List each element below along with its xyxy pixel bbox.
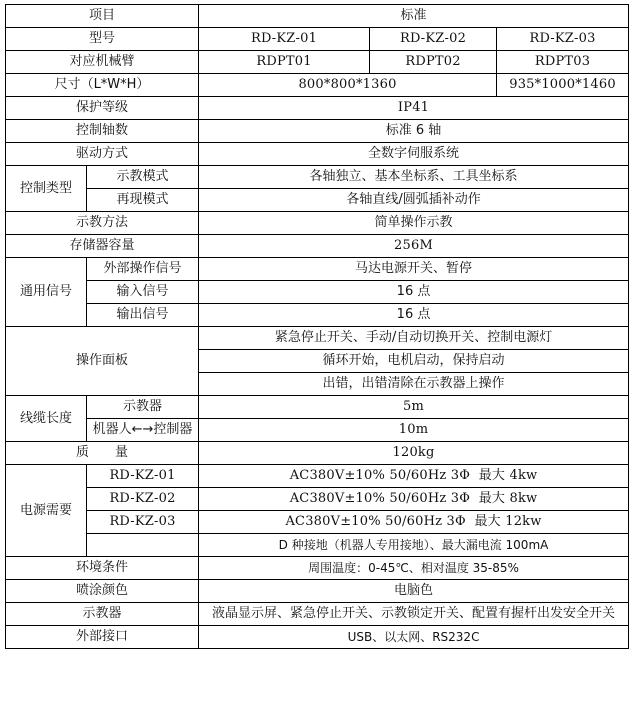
panel-label: 操作面板	[6, 327, 199, 396]
table-row: 操作面板 紧急停止开关、手动/自动切换开关、控制电源灯	[6, 327, 629, 350]
power-value: D 种接地（机器人专用接地）、最大漏电流 100mA	[199, 534, 629, 557]
model-value-2: RD-KZ-02	[370, 28, 497, 51]
panel-line: 出错，出错清除在示教器上操作	[199, 373, 629, 396]
environment-label: 环境条件	[6, 557, 199, 580]
memory-label: 存储器容量	[6, 235, 199, 258]
control-type-sub-label: 示教模式	[87, 166, 199, 189]
general-signal-sub-label: 输出信号	[87, 304, 199, 327]
table-row: 项目 标准	[6, 5, 629, 28]
memory-value: 256M	[199, 235, 629, 258]
axes-label: 控制轴数	[6, 120, 199, 143]
paint-value: 电脑色	[199, 580, 629, 603]
protection-label: 保护等级	[6, 97, 199, 120]
table-row: 输入信号 16 点	[6, 281, 629, 304]
pendant-label: 示教器	[6, 603, 199, 626]
size-label: 尺寸（L*W*H）	[6, 74, 199, 97]
size-value-2: 935*1000*1460	[497, 74, 629, 97]
table-row: 示教方法 简单操作示教	[6, 212, 629, 235]
environment-value: 周围温度：0-45℃、相对温度 35-85%	[199, 557, 629, 580]
table-row: 环境条件 周围温度：0-45℃、相对温度 35-85%	[6, 557, 629, 580]
table-row: 控制轴数 标准 6 轴	[6, 120, 629, 143]
table-row: 存储器容量 256M	[6, 235, 629, 258]
table-row: 电源需要 RD-KZ-01 AC380V±10% 50/60Hz 3Φ 最大 4…	[6, 465, 629, 488]
size-value-1: 800*800*1360	[199, 74, 497, 97]
panel-line: 循环开始，电机启动，保持启动	[199, 350, 629, 373]
interface-label: 外部接口	[6, 626, 199, 649]
header-item: 项目	[6, 5, 199, 28]
model-label: 型号	[6, 28, 199, 51]
power-sub-label: RD-KZ-02	[87, 488, 199, 511]
general-signal-sub-label: 外部操作信号	[87, 258, 199, 281]
arm-value-2: RDPT02	[370, 51, 497, 74]
general-signal-sub-label: 输入信号	[87, 281, 199, 304]
arm-value-1: RDPT01	[199, 51, 370, 74]
interface-value: USB、以太网、RS232C	[199, 626, 629, 649]
table-row: 喷涂颜色 电脑色	[6, 580, 629, 603]
control-type-label: 控制类型	[6, 166, 87, 212]
panel-line: 紧急停止开关、手动/自动切换开关、控制电源灯	[199, 327, 629, 350]
table-row: D 种接地（机器人专用接地）、最大漏电流 100mA	[6, 534, 629, 557]
table-row: 示教器 液晶显示屏、紧急停止开关、示教锁定开关、配置有握杆出发安全开关	[6, 603, 629, 626]
table-row: 输出信号 16 点	[6, 304, 629, 327]
table-row: 尺寸（L*W*H） 800*800*1360 935*1000*1460	[6, 74, 629, 97]
table-row: 外部接口 USB、以太网、RS232C	[6, 626, 629, 649]
cable-value: 5m	[199, 396, 629, 419]
power-value: AC380V±10% 50/60Hz 3Φ 最大 8kw	[199, 488, 629, 511]
table-row: 线缆长度 示教器 5m	[6, 396, 629, 419]
table-row: RD-KZ-02 AC380V±10% 50/60Hz 3Φ 最大 8kw	[6, 488, 629, 511]
control-type-sub-label: 再现模式	[87, 189, 199, 212]
paint-label: 喷涂颜色	[6, 580, 199, 603]
table-row: 机器人←→控制器 10m	[6, 419, 629, 442]
teach-method-value: 简单操作示教	[199, 212, 629, 235]
header-standard: 标准	[199, 5, 629, 28]
table-row: 再现模式 各轴直线/圆弧插补动作	[6, 189, 629, 212]
mass-value: 120kg	[199, 442, 629, 465]
drive-value: 全数字伺服系统	[199, 143, 629, 166]
cable-sub-label: 机器人←→控制器	[87, 419, 199, 442]
table-row: RD-KZ-03 AC380V±10% 50/60Hz 3Φ 最大 12kw	[6, 511, 629, 534]
general-signal-label: 通用信号	[6, 258, 87, 327]
protection-value: IP41	[199, 97, 629, 120]
table-row: 对应机械臂 RDPT01 RDPT02 RDPT03	[6, 51, 629, 74]
teach-method-label: 示教方法	[6, 212, 199, 235]
power-value: AC380V±10% 50/60Hz 3Φ 最大 12kw	[199, 511, 629, 534]
model-value-1: RD-KZ-01	[199, 28, 370, 51]
spec-table: 项目 标准 型号 RD-KZ-01 RD-KZ-02 RD-KZ-03 对应机械…	[5, 4, 629, 649]
cable-value: 10m	[199, 419, 629, 442]
power-label: 电源需要	[6, 465, 87, 557]
table-row: 保护等级 IP41	[6, 97, 629, 120]
cable-label: 线缆长度	[6, 396, 87, 442]
arm-value-3: RDPT03	[497, 51, 629, 74]
table-row: 型号 RD-KZ-01 RD-KZ-02 RD-KZ-03	[6, 28, 629, 51]
pendant-value: 液晶显示屏、紧急停止开关、示教锁定开关、配置有握杆出发安全开关	[199, 603, 629, 626]
control-type-value: 各轴直线/圆弧插补动作	[199, 189, 629, 212]
model-value-3: RD-KZ-03	[497, 28, 629, 51]
power-value: AC380V±10% 50/60Hz 3Φ 最大 4kw	[199, 465, 629, 488]
cable-sub-label: 示教器	[87, 396, 199, 419]
table-row: 驱动方式 全数字伺服系统	[6, 143, 629, 166]
general-signal-value: 16 点	[199, 304, 629, 327]
power-sub-label: RD-KZ-03	[87, 511, 199, 534]
power-sub-label: RD-KZ-01	[87, 465, 199, 488]
axes-value: 标准 6 轴	[199, 120, 629, 143]
general-signal-value: 马达电源开关、暂停	[199, 258, 629, 281]
table-row: 通用信号 外部操作信号 马达电源开关、暂停	[6, 258, 629, 281]
arm-label: 对应机械臂	[6, 51, 199, 74]
mass-label: 质 量	[6, 442, 199, 465]
general-signal-value: 16 点	[199, 281, 629, 304]
power-sub-label	[87, 534, 199, 557]
drive-label: 驱动方式	[6, 143, 199, 166]
table-row: 控制类型 示教模式 各轴独立、基本坐标系、工具坐标系	[6, 166, 629, 189]
control-type-value: 各轴独立、基本坐标系、工具坐标系	[199, 166, 629, 189]
table-row: 质 量 120kg	[6, 442, 629, 465]
